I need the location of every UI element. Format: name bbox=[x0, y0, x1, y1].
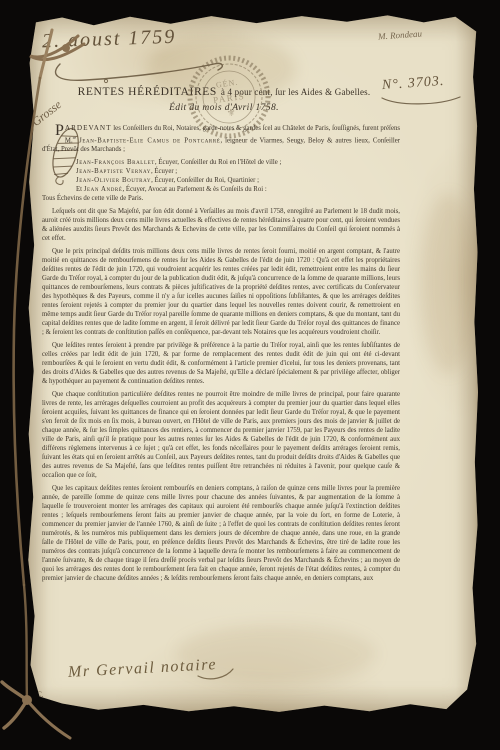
drop-cap: P bbox=[55, 124, 64, 137]
document-body: PARDEVANT les Conſeillers du Roi, Notair… bbox=[42, 124, 400, 587]
handwritten-recipient: M. Rondeau bbox=[378, 28, 423, 41]
svg-text:PARIS: PARIS bbox=[213, 91, 246, 105]
official-line: Jean-Olivier Boutray, Écuyer, Conſeiller… bbox=[42, 176, 400, 185]
body-paragraph: Que leſdites rentes ſeroient à prendre p… bbox=[42, 341, 400, 386]
svg-text:⚜: ⚜ bbox=[226, 107, 236, 119]
paper-stain bbox=[421, 194, 476, 374]
official-name: Jean-François Brallet bbox=[76, 159, 155, 166]
body-paragraph: Que le prix principal deſdits trois mill… bbox=[42, 247, 400, 337]
official-name: Jean André bbox=[84, 186, 123, 193]
document-page: 2. aoust 1759 M. Rondeau Grosse N°. 3703… bbox=[26, 14, 478, 714]
photo-background: 2. aoust 1759 M. Rondeau Grosse N°. 3703… bbox=[0, 0, 500, 750]
handwritten-date: 2. aoust 1759 bbox=[42, 26, 177, 54]
official-name: Jean-Olivier Boutray bbox=[76, 177, 151, 184]
body-paragraph: Que chaque conſtitution particulière deſ… bbox=[42, 390, 400, 480]
paper-stain bbox=[176, 624, 376, 684]
official-name: Jean-Baptiste Vernay bbox=[76, 168, 151, 175]
official-line: Et Jean André, Écuyer, Avocat au Parleme… bbox=[42, 185, 400, 194]
svg-text:GÉN.: GÉN. bbox=[215, 77, 239, 90]
official-line: Jean-Baptiste Vernay, Écuyer ; bbox=[42, 167, 400, 176]
officials-closing-line: Tous Échevins de cette ville de Paris. bbox=[42, 194, 400, 203]
body-paragraph: Que les capitaux deſdites rentes ſeroien… bbox=[42, 484, 400, 583]
body-paragraph: Leſquels ont dit que Sa Majeſté, par ſon… bbox=[42, 207, 400, 243]
opening-paragraph: PARDEVANT les Conſeillers du Roi, Notair… bbox=[42, 124, 400, 154]
official-line: Jean-François Brallet, Écuyer, Conſeille… bbox=[42, 158, 400, 167]
handwritten-corner-mark: C. bbox=[36, 690, 43, 699]
handwritten-notary-note: Mr Gervail notaire bbox=[68, 656, 218, 682]
official-name: Jean-Baptiste-Elie Camus de Pontcarré bbox=[79, 137, 220, 144]
